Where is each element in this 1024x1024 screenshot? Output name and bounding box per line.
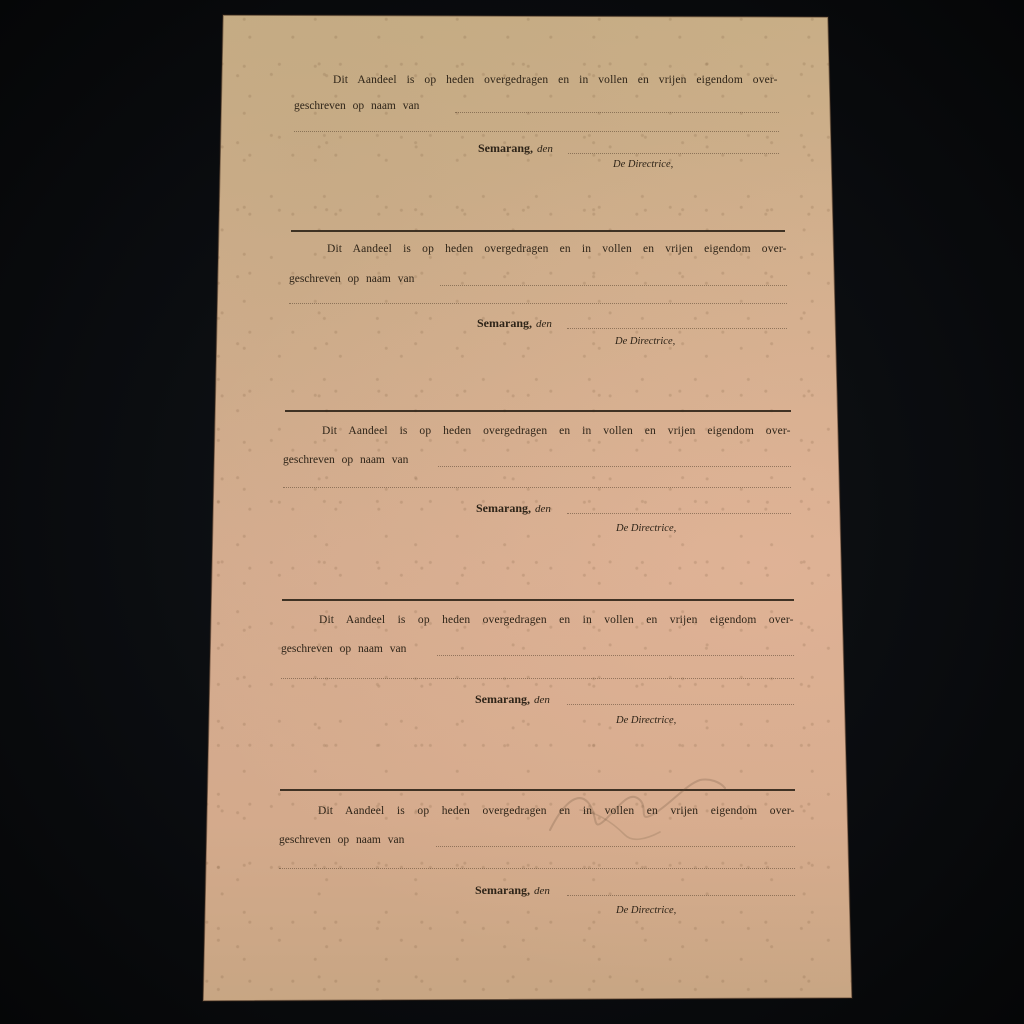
section-divider xyxy=(291,230,785,232)
date-prefix: den xyxy=(536,318,552,330)
transfer-statement: Dit Aandeel is op heden overgedragen en … xyxy=(327,243,787,255)
transfer-statement: Dit Aandeel is op heden overgedragen en … xyxy=(319,614,794,626)
name-field-line-2 xyxy=(281,678,794,679)
transfer-name-label: geschreven op naam van xyxy=(279,834,404,846)
name-field-line xyxy=(438,466,791,467)
place-label: Semarang, xyxy=(477,316,532,330)
date-field-line xyxy=(567,328,787,329)
date-prefix: den xyxy=(534,885,550,897)
place-date-line: Semarang,den xyxy=(478,141,553,156)
signatory-label: De Directrice, xyxy=(616,905,676,916)
transfer-name-label: geschreven op naam van xyxy=(281,643,406,655)
transfer-statement: Dit Aandeel is op heden overgedragen en … xyxy=(322,425,791,437)
transfer-name-label: geschreven op naam van xyxy=(289,273,414,285)
section-divider xyxy=(280,789,795,791)
name-field-line-2 xyxy=(283,487,791,488)
signatory-label: De Directrice, xyxy=(615,336,675,347)
transfer-statement: Dit Aandeel is op heden overgedragen en … xyxy=(318,805,795,817)
name-field-line xyxy=(455,112,779,113)
place-label: Semarang, xyxy=(476,501,531,515)
signatory-label: De Directrice, xyxy=(616,523,676,534)
place-label: Semarang, xyxy=(475,692,530,706)
place-label: Semarang, xyxy=(478,141,533,155)
name-field-line xyxy=(436,846,795,847)
name-field-line-2 xyxy=(294,131,779,132)
date-field-line xyxy=(567,895,795,896)
signatory-label: De Directrice, xyxy=(616,715,676,726)
section-divider xyxy=(282,599,794,601)
signatory-label: De Directrice, xyxy=(613,159,673,170)
name-field-line-2 xyxy=(279,868,795,869)
date-prefix: den xyxy=(534,694,550,706)
place-date-line: Semarang,den xyxy=(477,316,552,331)
section-divider xyxy=(285,410,791,412)
name-field-line xyxy=(440,285,787,286)
place-date-line: Semarang,den xyxy=(475,883,550,898)
place-date-line: Semarang,den xyxy=(476,501,551,516)
transfer-name-label: geschreven op naam van xyxy=(294,100,419,112)
date-prefix: den xyxy=(537,143,553,155)
place-date-line: Semarang,den xyxy=(475,692,550,707)
transfer-statement: Dit Aandeel is op heden overgedragen en … xyxy=(333,74,778,86)
transfer-name-label: geschreven op naam van xyxy=(283,454,408,466)
date-prefix: den xyxy=(535,503,551,515)
certificate-paper: Dit Aandeel is op heden overgedragen en … xyxy=(0,0,1024,1024)
date-field-line xyxy=(568,153,779,154)
date-field-line xyxy=(567,513,791,514)
name-field-line-2 xyxy=(289,303,787,304)
date-field-line xyxy=(567,704,794,705)
place-label: Semarang, xyxy=(475,883,530,897)
name-field-line xyxy=(437,655,794,656)
